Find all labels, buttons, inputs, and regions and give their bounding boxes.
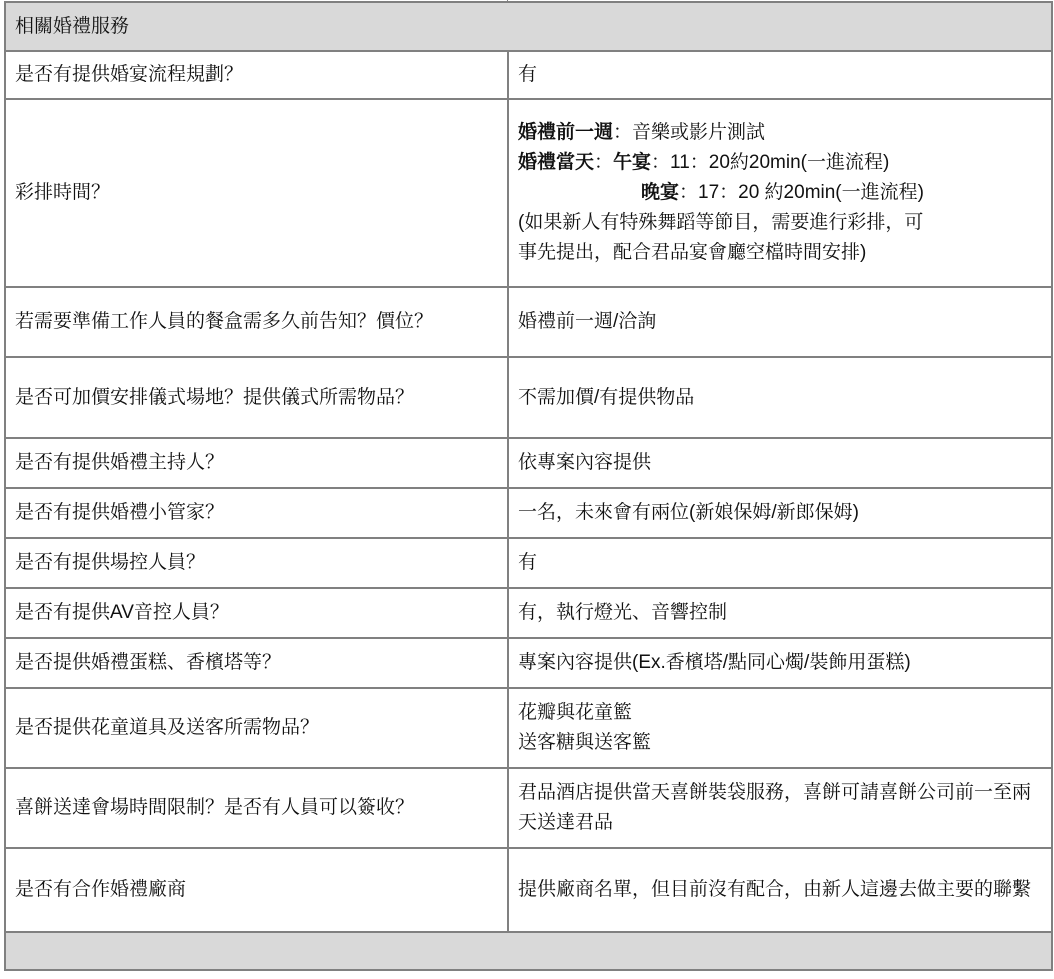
answer-cell: 有	[508, 51, 1052, 99]
question-cell: 是否有提供婚禮小管家？	[5, 488, 508, 538]
answer-text: (如果新人有特殊舞蹈等節目，需要進行彩排，可	[518, 212, 923, 233]
answer-cell: 一名，未來會有兩位(新娘保姆/新郎保姆)	[508, 488, 1052, 538]
table-row: 是否有提供場控人員？有	[5, 538, 1052, 588]
answer-label: 午宴	[613, 152, 651, 173]
table-row: 是否有提供AV音控人員？有，執行燈光、音響控制	[5, 588, 1052, 638]
question-cell: 是否有提供AV音控人員？	[5, 588, 508, 638]
answer-cell: 有	[508, 538, 1052, 588]
next-section-header	[5, 932, 1052, 970]
question-cell: 是否可加價安排儀式場地？提供儀式所需物品？	[5, 357, 508, 438]
wedding-services-table: 相關婚禮服務 是否有提供婚宴流程規劃？有彩排時間？婚禮前一週：音樂或影片測試婚禮…	[4, 1, 1053, 971]
answer-cell: 依專案內容提供	[508, 438, 1052, 488]
table-row: 彩排時間？婚禮前一週：音樂或影片測試婚禮當天：午宴：11：20約20min(一進…	[5, 99, 1052, 287]
question-cell: 是否提供花童道具及送客所需物品？	[5, 688, 508, 768]
answer-text: ：音樂或影片測試	[613, 122, 765, 143]
answer-line: 婚禮前一週：音樂或影片測試	[518, 118, 1042, 148]
table-row: 是否有合作婚禮廠商提供廠商名單，但目前沒有配合，由新人這邊去做主要的聯繫	[5, 848, 1052, 932]
answer-cell: 婚禮前一週：音樂或影片測試婚禮當天：午宴：11：20約20min(一進流程)晚宴…	[508, 99, 1052, 287]
answer-cell: 專案內容提供(Ex.香檳塔/點同心燭/裝飾用蛋糕)	[508, 638, 1052, 688]
answer-label: 婚禮前一週	[518, 122, 613, 143]
question-cell: 是否有提供場控人員？	[5, 538, 508, 588]
answer-line: (如果新人有特殊舞蹈等節目，需要進行彩排，可	[518, 208, 1042, 238]
question-cell: 喜餅送達會場時間限制？是否有人員可以簽收？	[5, 768, 508, 848]
answer-text: ：	[594, 152, 613, 173]
answer-label: 晚宴	[641, 182, 679, 203]
table-row: 是否有提供婚禮主持人？依專案內容提供	[5, 438, 1052, 488]
answer-text: 花瓣與花童籃	[518, 702, 632, 723]
question-cell: 是否提供婚禮蛋糕、香檳塔等？	[5, 638, 508, 688]
answer-text: 事先提出，配合君品宴會廳空檔時間安排)	[518, 242, 866, 263]
next-section-header-row	[5, 932, 1052, 970]
question-cell: 彩排時間？	[5, 99, 508, 287]
table-row: 是否可加價安排儀式場地？提供儀式所需物品？不需加價/有提供物品	[5, 357, 1052, 438]
answer-line: 晚宴：17：20 約20min(一進流程)	[518, 178, 1042, 208]
table-row: 是否有提供婚禮小管家？一名，未來會有兩位(新娘保姆/新郎保姆)	[5, 488, 1052, 538]
table-row: 是否提供花童道具及送客所需物品？花瓣與花童籃送客糖與送客籃	[5, 688, 1052, 768]
answer-line: 婚禮當天：午宴：11：20約20min(一進流程)	[518, 148, 1042, 178]
answer-text: ：11：20約20min(一進流程)	[651, 152, 889, 173]
answer-line: 事先提出，配合君品宴會廳空檔時間安排)	[518, 238, 1042, 268]
question-cell: 若需要準備工作人員的餐盒需多久前告知？價位？	[5, 287, 508, 357]
table-row: 若需要準備工作人員的餐盒需多久前告知？價位？婚禮前一週/洽詢	[5, 287, 1052, 357]
answer-label: 婚禮當天	[518, 152, 594, 173]
answer-cell: 婚禮前一週/洽詢	[508, 287, 1052, 357]
answer-text: ：17：20 約20min(一進流程)	[679, 182, 924, 203]
question-cell: 是否有提供婚禮主持人？	[5, 438, 508, 488]
question-cell: 是否有合作婚禮廠商	[5, 848, 508, 932]
answer-cell: 有，執行燈光、音響控制	[508, 588, 1052, 638]
question-cell: 是否有提供婚宴流程規劃？	[5, 51, 508, 99]
answer-text: 送客糖與送客籃	[518, 732, 651, 753]
table-row: 是否提供婚禮蛋糕、香檳塔等？專案內容提供(Ex.香檳塔/點同心燭/裝飾用蛋糕)	[5, 638, 1052, 688]
section-header-row: 相關婚禮服務	[5, 2, 1052, 51]
table-row: 是否有提供婚宴流程規劃？有	[5, 51, 1052, 99]
table-body: 是否有提供婚宴流程規劃？有彩排時間？婚禮前一週：音樂或影片測試婚禮當天：午宴：1…	[5, 51, 1052, 932]
answer-cell: 不需加價/有提供物品	[508, 357, 1052, 438]
answer-cell: 提供廠商名單，但目前沒有配合，由新人這邊去做主要的聯繫	[508, 848, 1052, 932]
answer-line: 送客糖與送客籃	[518, 728, 1042, 758]
answer-cell: 花瓣與花童籃送客糖與送客籃	[508, 688, 1052, 768]
answer-cell: 君品酒店提供當天喜餅裝袋服務，喜餅可請喜餅公司前一至兩天送達君品	[508, 768, 1052, 848]
answer-line: 花瓣與花童籃	[518, 698, 1042, 728]
table-row: 喜餅送達會場時間限制？是否有人員可以簽收？君品酒店提供當天喜餅裝袋服務，喜餅可請…	[5, 768, 1052, 848]
section-title: 相關婚禮服務	[5, 2, 1052, 51]
